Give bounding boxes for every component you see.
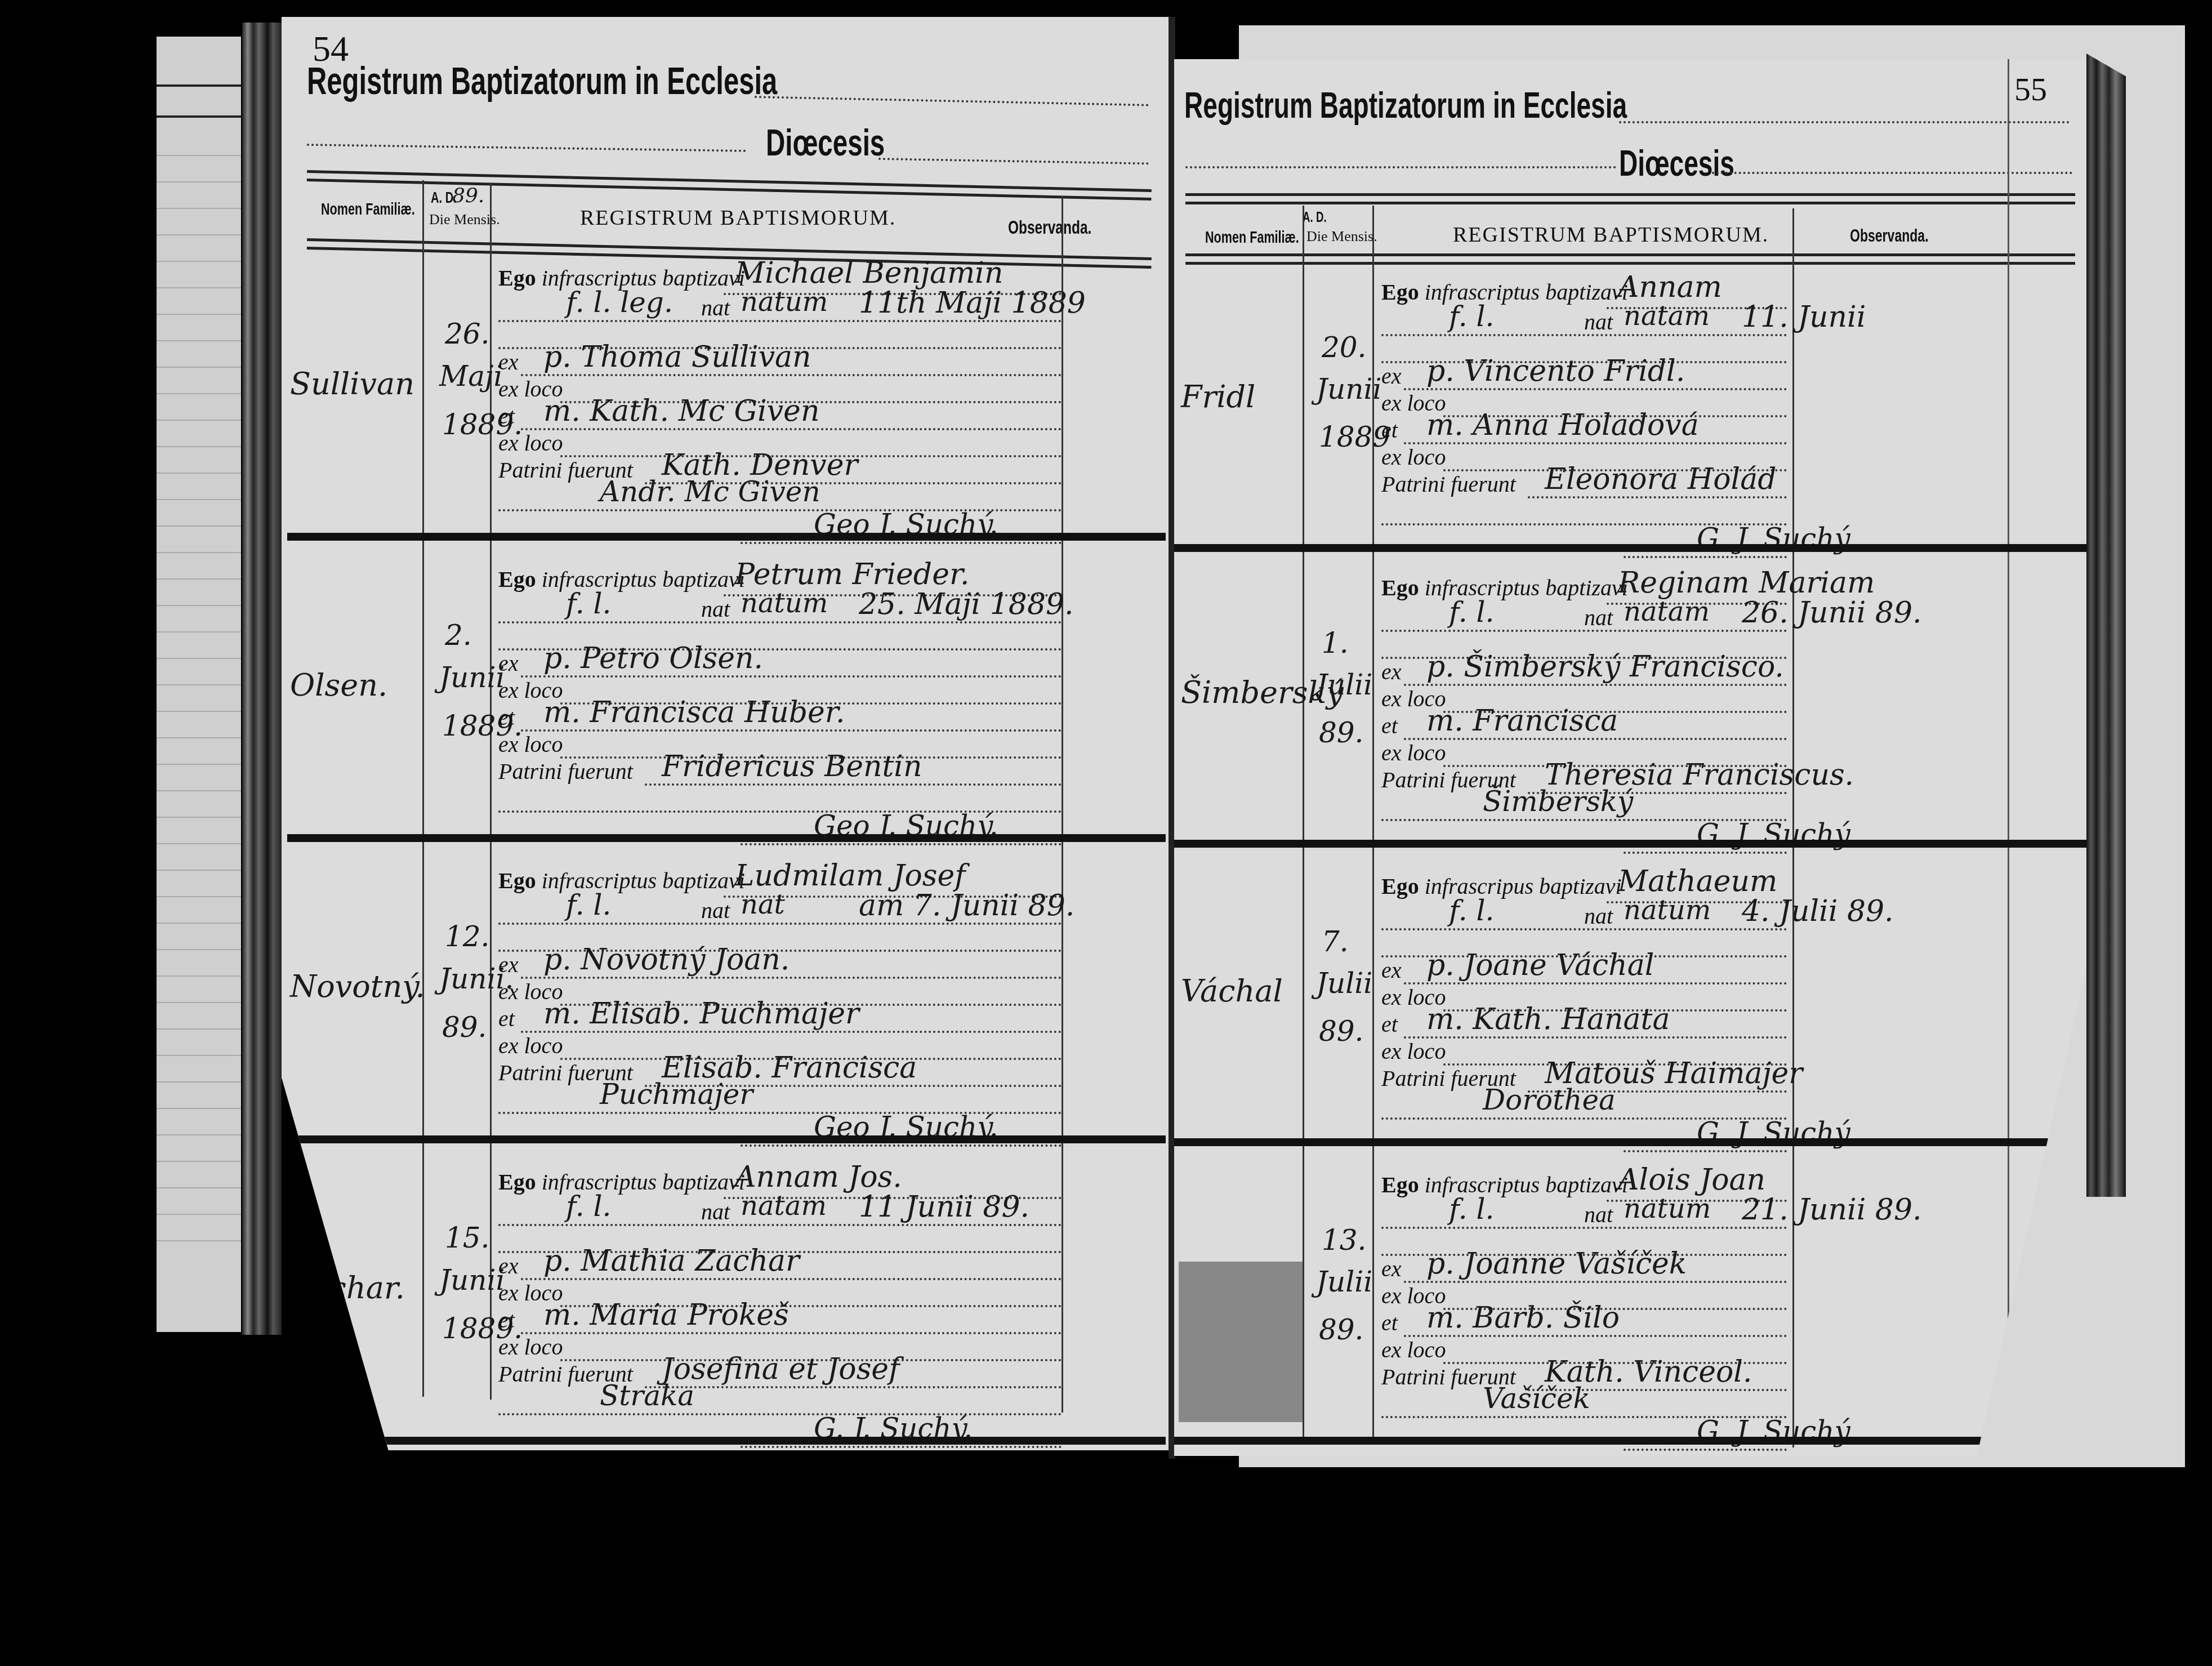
ego-text: Ego [498,265,536,291]
redaction-box [1179,1262,1303,1422]
label-ego: Ego infrascripus baptizavi [1381,873,1622,899]
left-page-edges [242,23,282,1335]
blank-line [1404,738,1787,740]
mother-name: m. Kath. Mc Given [543,394,819,428]
blank-line [1404,1036,1787,1039]
diocese-blank-2 [878,158,1149,164]
label-ego: Ego infrascriptus baptizavi [498,867,745,894]
blank-line [645,1386,1062,1388]
label-et: et [1381,1011,1398,1037]
natum-suffix: natum [1624,1193,1711,1224]
baptism-entry: Olsen. 2. Junii 1889. Ego infrascriptus … [282,541,1171,842]
label-et: et [498,403,515,429]
godparent-2: Vašíček [1483,1382,1590,1415]
label-et: et [1381,1309,1398,1336]
natum-suffix: natum [741,286,828,318]
label-nat: nat [701,897,730,924]
blank-line [498,1413,1062,1415]
mother-name: m. Kath. Hanata [1426,1003,1670,1036]
godparent-1: Fridericus Bentin [662,750,922,783]
page-title-text: Registrum Baptizatorum in Ecclesia [1184,84,1627,126]
baptism-entry: Novotný. 12. Junii. 89. Ego infrascriptu… [282,842,1171,1143]
label-et: et [498,1307,515,1333]
blank-line [521,977,1062,979]
legitimacy: f. l. [1449,300,1494,333]
blank-line [1624,1449,1787,1451]
baptism-month: Julii [1316,967,1372,1000]
baptism-year: 89. [1319,1313,1364,1346]
father-name: p. Joane Váchal [1426,948,1654,982]
entry-separator [1174,1138,2086,1146]
natum-suffix: natam [1624,596,1710,627]
baptism-day: 20. [1322,331,1367,364]
label-ex: ex [1381,658,1402,685]
birth-date: 25. Maji 1889. [859,587,1074,621]
legitimacy: f. l. leg. [566,286,673,319]
blank-line [521,729,1062,732]
surname: Sullivan [290,366,414,402]
blank-line [521,1031,1062,1033]
label-nat: nat [1584,604,1613,631]
ad-year-handwritten: 89. [452,184,484,207]
baptism-month: Maji [439,360,503,393]
label-ex: ex [498,1253,519,1279]
father-name: p. Mathia Zachar [543,1244,800,1278]
label-ego: Ego infrascriptus baptizavi [1381,1171,1628,1198]
baptism-entry: Váchal 7. Julii 89. Ego infrascripus bap… [1174,848,2086,1146]
blank-line [498,923,1062,925]
label-et: et [1381,712,1398,739]
diocese-text: Diœcesis [766,121,885,164]
label-ex-loco: ex loco [498,430,563,456]
label-ego: Ego infrascriptus baptizavi [1381,279,1628,305]
col-nomen-text: Nomen Familiæ. [321,200,415,219]
col-header-die-mensis: Die Mensis. [1306,228,1377,245]
ego-text: Ego [498,1169,536,1195]
baptism-day: 1. [1322,627,1349,660]
label-nat: nat [701,596,730,622]
natum-suffix: natam [1624,300,1710,332]
legitimacy: f. l. [1449,596,1494,629]
godparent-2: Puchmajer [600,1078,753,1111]
child-name: Alois Joan [1618,1163,1765,1197]
legitimacy: f. l. [566,587,611,620]
register-page-left: 54 Registrum Baptizatorum in Ecclesia Di… [282,17,1171,1450]
label-et: et [498,1005,515,1032]
diocese-label: Diœcesis [1619,142,1780,184]
label-nat: nat [701,295,730,321]
label-ex: ex [1381,1255,1402,1282]
ego-text: Ego [1381,1172,1419,1197]
label-ex: ex [1381,363,1402,389]
ego-text: Ego [498,868,536,893]
mother-name: m. Maria Prokeš [543,1298,789,1332]
baptism-day: 13. [1322,1224,1367,1257]
baptism-entry: Šimberský 1. Julii 89. Ego infrascriptus… [1174,549,2086,848]
label-et: et [1381,417,1398,443]
blank-line [521,374,1062,376]
baptism-day: 7. [1322,925,1349,958]
col-header-ad: A. D. 89. [431,189,467,207]
birth-date: am 7. Junii 89. [859,889,1074,923]
blank-line [1404,684,1787,686]
col-observanda-text: Observanda. [1008,217,1091,239]
blank-line [1404,442,1787,444]
label-nat: nat [701,1199,730,1225]
ecclesia-blank [1619,121,2070,123]
godparent-1: Eleonora Holád [1545,462,1776,496]
entry-separator [287,834,1166,842]
header-top-rule [1185,193,2075,204]
blank-line [498,1224,1062,1226]
baptism-entry: Fridl 20. Junii 1889 Ego infrascriptus b… [1174,253,2086,552]
ego-text: Ego [498,567,536,592]
legitimacy: f. l. [566,889,611,921]
baptism-month: Julii [1316,1266,1372,1298]
blank-line [521,428,1062,430]
diocese-blank [1185,166,1616,168]
blank-line [498,621,1062,623]
blank-line [1404,1335,1787,1337]
baptism-month: Junii [439,661,505,694]
right-page-edges [2086,54,2126,1197]
mother-name: m. Francisca Huber. [543,696,845,729]
birth-date: 11th Maji 1889 [859,286,1086,320]
col-header-registrum: REGISTRUM BAPTISMORUM. [1453,222,1769,247]
baptism-month: Junii [439,1264,505,1297]
ego-text: Ego [1381,874,1419,899]
legitimacy: f. l. [1449,894,1494,927]
label-ex: ex [498,951,519,978]
surname: Zachar. [290,1270,405,1306]
col-header-observanda: Observanda. [1850,225,1959,246]
mother-name: m. Francisca [1426,704,1618,738]
natum-suffix: natum [1624,894,1711,926]
baptism-day: 15. [445,1222,490,1254]
label-ex-loco: ex loco [498,731,563,758]
mother-name: m. Anna Holadová [1426,408,1699,442]
surname: Novotný. [290,969,425,1004]
label-nat: nat [1584,903,1613,929]
col-observanda-text: Observanda. [1850,225,1929,246]
entry-separator [287,1135,1166,1143]
register-page-right: 55 Registrum Baptizatorum in Ecclesia Di… [1174,59,2086,1456]
blank-line [521,1332,1062,1334]
child-name: Reginam Mariam [1618,566,1875,600]
father-name: p. Petro Olsen. [543,642,763,675]
baptism-year: 89. [442,1011,487,1044]
natum-suffix: natum [741,587,828,619]
legitimacy: f. l. [566,1190,611,1223]
label-ex-loco: ex loco [1381,1038,1446,1064]
surname: Fridl [1181,379,1255,415]
label-ex: ex [498,650,519,676]
entry-separator [287,533,1166,541]
backing-ruled-sheet [157,37,241,1332]
child-name: Petrum Frieder. [735,558,970,591]
label-ex-loco: ex loco [1381,1337,1446,1363]
col-header-observanda: Observanda. [1008,217,1124,239]
baptism-day: 2. [445,619,472,652]
child-name: Ludmilam Josef [735,859,966,893]
blank-line [498,320,1062,322]
godparent-2: Šimberský [1483,785,1633,818]
page-title: Registrum Baptizatorum in Ecclesia [307,59,983,104]
godparent-2: Andr. Mc Given [600,475,820,508]
birth-date: 4. Julii 89. [1742,894,1894,928]
baptism-month: Julii [1316,669,1372,701]
label-ex: ex [498,349,519,375]
label-ego: Ego infrascriptus baptizavi [1381,574,1628,601]
page-number: 55 [2014,70,2047,108]
blank-line [521,675,1062,678]
father-name: p. Novotný Joan. [543,943,790,977]
godparent-2: Dorothea [1483,1084,1616,1116]
blank-line [1404,982,1787,985]
child-name: Annam [1618,270,1722,304]
col-header-registrum: REGISTRUM BAPTISMORUM. [580,206,896,230]
blank-line [521,1278,1062,1280]
baptism-year: 89. [1319,1015,1364,1048]
entry-separator [1174,1437,2086,1445]
father-name: p. Thoma Sullivan [543,340,811,374]
label-ex-loco: ex loco [1381,740,1446,766]
diocese-label: Diœcesis [766,121,878,164]
label-ex-loco: ex loco [1381,444,1446,470]
col-header-die-mensis: Die Mensis. [429,211,500,228]
entry-separator [1174,840,2086,848]
diocese-text: Diœcesis [1619,142,1734,184]
label-ex-loco: ex loco [498,1334,563,1360]
baptism-day: 26. [445,318,490,350]
child-name: Annam Jos. [735,1160,902,1194]
label-nat: nat [1584,1201,1613,1228]
father-name: p. Joanne Vašíček [1426,1247,1687,1281]
label-ex-loco: ex loco [498,1032,563,1059]
label-ex: ex [1381,957,1402,983]
legitimacy: f. l. [1449,1193,1494,1226]
label-nat: nat [1584,309,1613,335]
entry-separator [287,1437,1166,1445]
natum-suffix: natam [741,1190,827,1222]
label-patrini: Patrini fuerunt [498,758,633,785]
col-ad-text: A. D. [1303,208,1327,226]
baptism-month: Junii [1316,373,1381,406]
diocese-blank-2 [1712,172,2072,174]
birth-date: 26. Junii 89. [1742,596,1922,630]
birth-date: 11. Junii [1742,300,1866,334]
surname: Váchal [1181,973,1283,1009]
godparent-2: Straka [600,1379,694,1412]
page-title: Registrum Baptizatorum in Ecclesia [1184,84,1860,126]
baptism-day: 12. [445,920,490,953]
child-name: Mathaeum [1618,865,1777,898]
baptism-year: 89. [1319,716,1364,749]
ego-text: Ego [1381,575,1419,600]
label-ego: Ego infrascriptus baptizavi [498,566,745,593]
col-header-ad: A. D. [1303,208,1336,226]
page-title-text: Registrum Baptizatorum in Ecclesia [307,59,777,103]
mother-name: m. Elisab. Puchmajer [543,997,859,1031]
label-ego: Ego infrascriptus baptizavi [498,1169,745,1195]
surname: Olsen. [290,667,387,703]
father-name: p. Šimberský Francisco. [1426,650,1784,684]
mother-name: m. Barb. Šilo [1426,1301,1620,1335]
blank-line [1528,496,1787,498]
godparent-1: Josefina et Josef [662,1352,899,1386]
label-patrini: Patrini fuerunt [1381,471,1516,497]
baptism-year: 1889 [1319,421,1390,453]
child-name: Michael Benjamin [735,256,1003,290]
baptism-entry: Vašíček 13. Julii 89. Ego infrascriptus … [1174,1146,2086,1445]
baptism-entry: Zachar. 15. Junii 1889. Ego infrascriptu… [282,1143,1171,1445]
diocese-blank [307,144,746,152]
baptism-entry: Sullivan 26. Maji 1889. Ego infrascriptu… [282,239,1171,541]
father-name: p. Vincento Fridl. [1426,354,1685,388]
col-nomen-text: Nomen Familiæ. [1205,228,1299,247]
blank-line [741,1446,1062,1448]
natum-suffix: nat [741,889,785,920]
blank-line [1404,388,1787,390]
label-et: et [498,704,515,730]
blank-line [645,783,1062,786]
blank-line [1404,1281,1787,1283]
birth-date: 21. Junii 89. [1742,1193,1922,1227]
birth-date: 11 Junii 89. [859,1190,1029,1224]
ego-text: Ego [1381,279,1419,305]
